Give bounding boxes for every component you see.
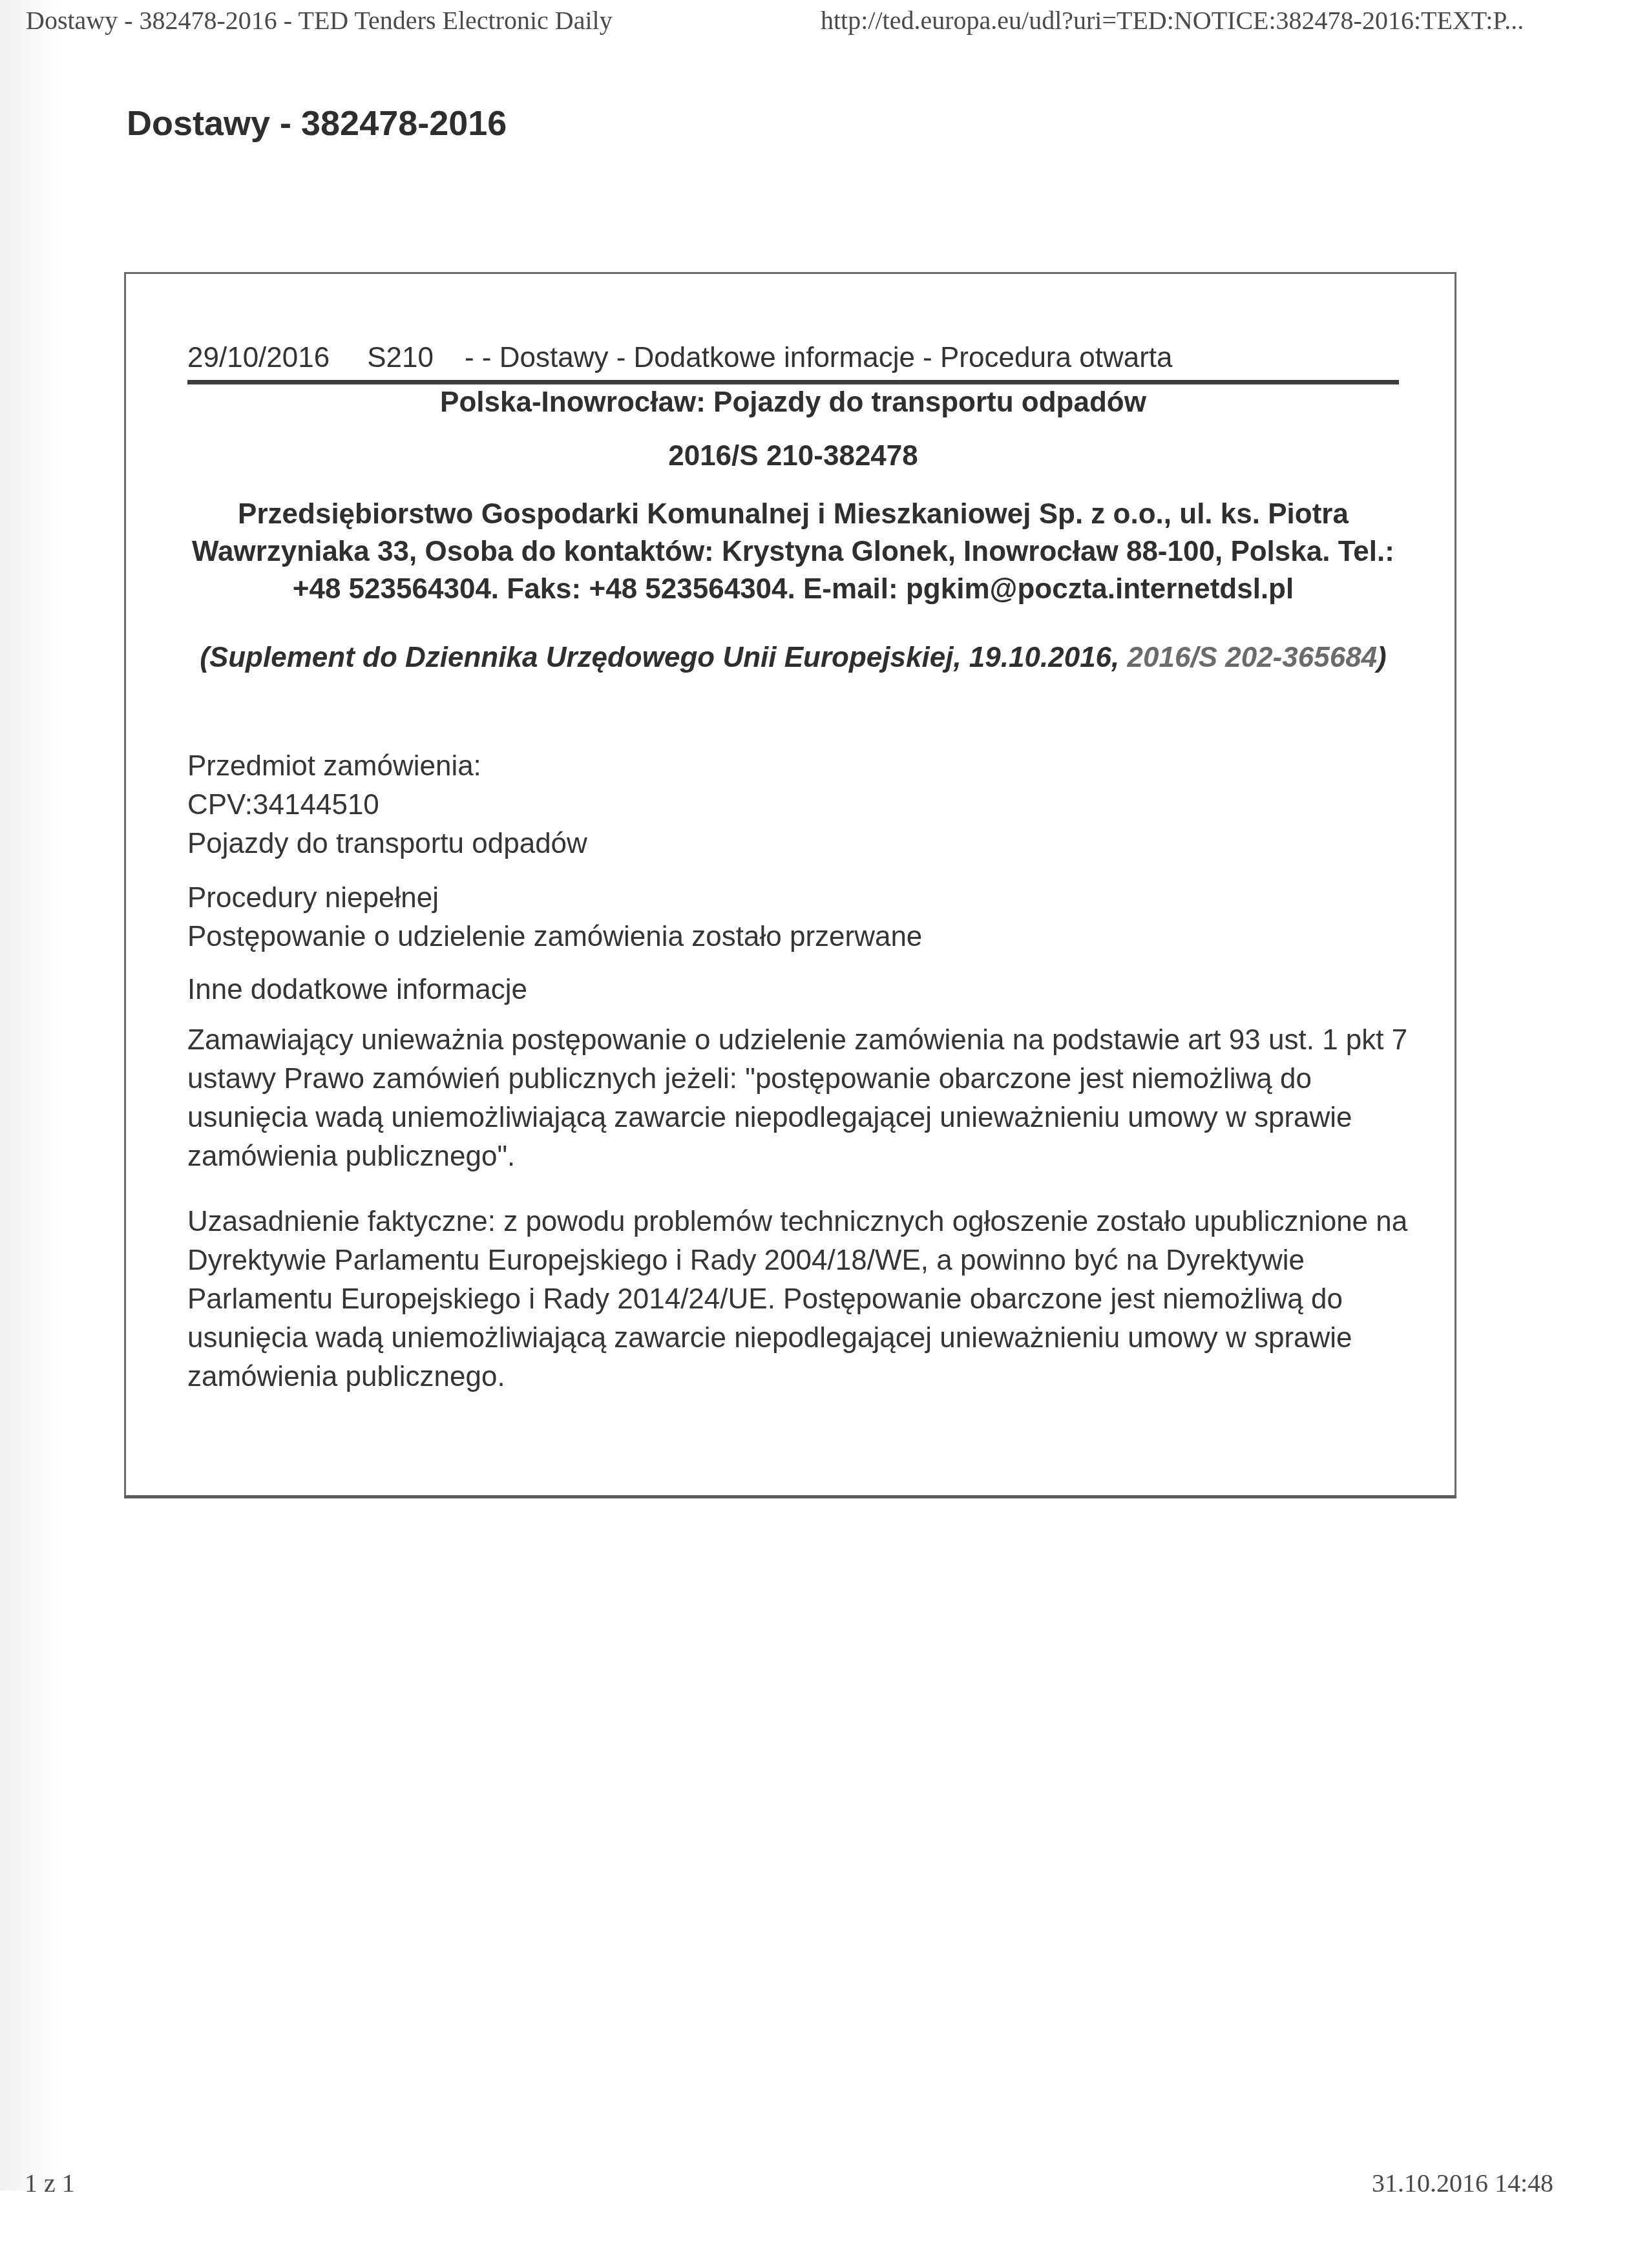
supplement-notice-link[interactable]: 2016/S 202-365684 [1128, 642, 1378, 673]
justification-section: Uzasadnienie faktyczne: z powodu problem… [187, 1202, 1415, 1396]
notice-reference: 2016/S 210-382478 [187, 437, 1399, 475]
print-document-title: Dostawy - 382478-2016 - TED Tenders Elec… [26, 5, 613, 36]
supplement-prefix: (Suplement do Dziennika Urzędowego Unii … [200, 642, 1127, 673]
print-header: Dostawy - 382478-2016 - TED Tenders Elec… [0, 5, 1649, 37]
notice-header: 29/10/2016S210- - Dostawy - Dodatkowe in… [187, 339, 1399, 384]
scan-edge-shading [0, 0, 58, 2190]
decision-text: Zamawiający unieważnia postępowanie o ud… [187, 1021, 1415, 1176]
notice-subtitle: Polska-Inowrocław: Pojazdy do transportu… [187, 384, 1399, 421]
decision-section: Zamawiający unieważnia postępowanie o ud… [187, 1021, 1415, 1176]
cpv-description: Pojazdy do transportu odpadów [187, 824, 1415, 863]
notice-date: 29/10/2016 [187, 342, 330, 373]
print-timestamp: 31.10.2016 14:48 [1372, 2168, 1553, 2198]
supplement-reference: (Suplement do Dziennika Urzędowego Unii … [187, 639, 1399, 677]
procedure-section: Procedury niepełnej Postępowanie o udzie… [187, 879, 1415, 956]
page-number: 1 z 1 [25, 2168, 75, 2198]
procedure-label: Procedury niepełnej [187, 879, 1415, 918]
procedure-status: Postępowanie o udzielenie zamówienia zos… [187, 918, 1415, 956]
contract-subject-section: Przedmiot zamówienia: CPV:34144510 Pojaz… [187, 747, 1415, 863]
contract-subject-label: Przedmiot zamówienia: [187, 747, 1415, 786]
notice-box: 29/10/2016S210- - Dostawy - Dodatkowe in… [124, 272, 1456, 1498]
other-info-section: Inne dodatkowe informacje [187, 971, 1415, 1009]
notice-type-description: - - Dostawy - Dodatkowe informacje - Pro… [465, 342, 1173, 373]
other-info-label: Inne dodatkowe informacje [187, 971, 1415, 1009]
supplement-suffix: ) [1377, 642, 1387, 673]
page-title: Dostawy - 382478-2016 [127, 103, 507, 143]
print-url: http://ted.europa.eu/udl?uri=TED:NOTICE:… [821, 5, 1524, 36]
cpv-code: CPV:34144510 [187, 786, 1415, 824]
contracting-authority: Przedsiębiorstwo Gospodarki Komunalnej i… [187, 496, 1399, 608]
notice-supplement-number: S210 [367, 342, 434, 373]
justification-text: Uzasadnienie faktyczne: z powodu problem… [187, 1202, 1415, 1396]
